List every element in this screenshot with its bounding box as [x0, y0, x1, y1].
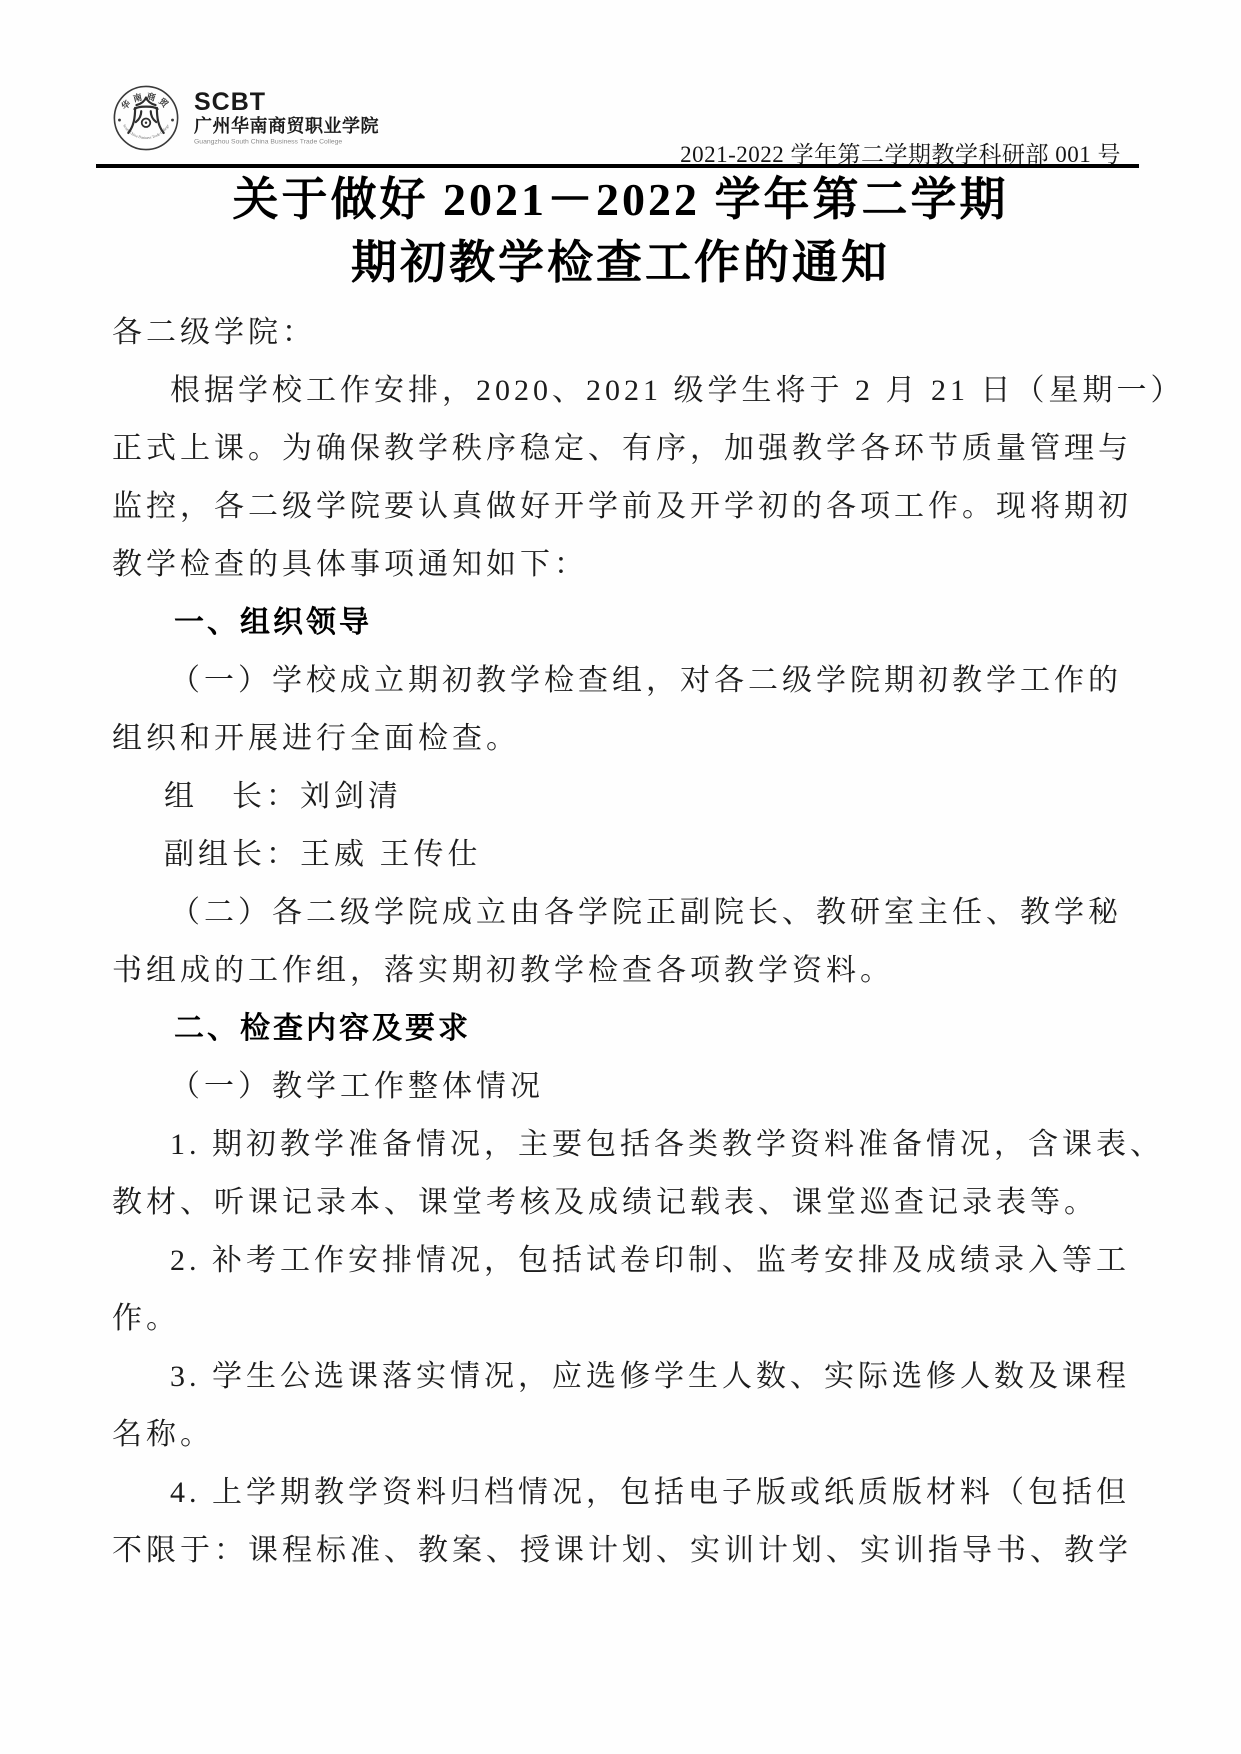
leader-line: 组 长：刘剑清	[112, 768, 1138, 826]
body-line: 教材、听课记录本、课堂考核及成绩记载表、课堂巡查记录表等。	[112, 1174, 1138, 1232]
subsection-heading: （一）教学工作整体情况	[112, 1058, 1138, 1116]
salutation: 各二级学院：	[112, 304, 1138, 362]
body-line: 3. 学生公选课落实情况，应选修学生人数、实际选修人数及课程	[112, 1348, 1138, 1406]
college-name-cn: 广州华南商贸职业学院	[194, 115, 412, 138]
seal-left-dot	[118, 119, 121, 122]
document-body: 各二级学院： 根据学校工作安排，2020、2021 级学生将于 2 月 21 日…	[112, 304, 1138, 1580]
document-title-line1: 关于做好 2021－2022 学年第二学期	[0, 168, 1241, 231]
body-line: 名称。	[112, 1406, 1138, 1464]
body-line: 书组成的工作组，落实期初教学检查各项教学资料。	[112, 942, 1138, 1000]
document-page: 华南商贸 South China Business Trade College …	[0, 0, 1241, 1754]
body-line: 监控，各二级学院要认真做好开学前及开学初的各项工作。现将期初	[112, 478, 1138, 536]
body-line: 作。	[112, 1290, 1138, 1348]
body-line: 教学检查的具体事项通知如下：	[112, 536, 1138, 594]
college-name-en: Guangzhou South China Business Trade Col…	[194, 138, 342, 146]
body-line: 4. 上学期教学资料归档情况，包括电子版或纸质版材料（包括但	[112, 1464, 1138, 1522]
college-logo: 华南商贸 South China Business Trade College …	[112, 82, 412, 152]
body-line: 组织和开展进行全面检查。	[112, 710, 1138, 768]
body-line: 根据学校工作安排，2020、2021 级学生将于 2 月 21 日（星期一）	[112, 362, 1138, 420]
document-title-line2: 期初教学检查工作的通知	[0, 231, 1241, 294]
body-line: 2. 补考工作安排情况，包括试卷印制、监考安排及成绩录入等工	[112, 1232, 1138, 1290]
body-line: （二）各二级学院成立由各学院正副院长、教研室主任、教学秘	[112, 884, 1138, 942]
college-logo-text: SCBT 广州华南商贸职业学院 Guangzhou South China Bu…	[194, 89, 412, 152]
seal-right-dot	[171, 119, 174, 122]
college-acronym: SCBT	[194, 89, 412, 115]
document-title: 关于做好 2021－2022 学年第二学期 期初教学检查工作的通知	[0, 168, 1241, 294]
section-2-heading: 二、检查内容及要求	[112, 1000, 1138, 1058]
college-seal-icon: 华南商贸 South China Business Trade College	[112, 84, 180, 152]
deputy-leader-line: 副组长：王威 王传仕	[112, 826, 1138, 884]
section-1-heading: 一、组织领导	[112, 594, 1138, 652]
body-line: 不限于：课程标准、教案、授课计划、实训计划、实训指导书、教学	[112, 1522, 1138, 1580]
body-line: （一）学校成立期初教学检查组，对各二级学院期初教学工作的	[112, 652, 1138, 710]
body-line: 1. 期初教学准备情况，主要包括各类教学资料准备情况，含课表、	[112, 1116, 1138, 1174]
body-line: 正式上课。为确保教学秩序稳定、有序，加强教学各环节质量管理与	[112, 420, 1138, 478]
